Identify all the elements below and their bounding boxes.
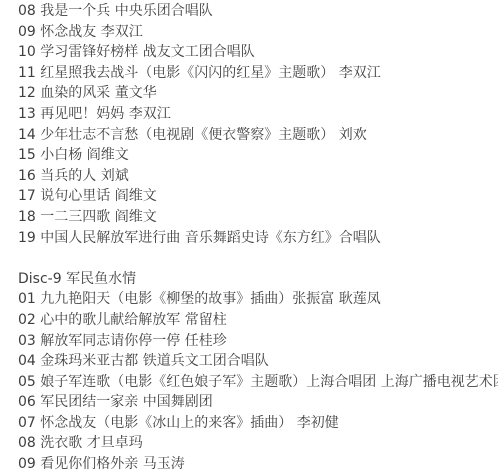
- track-line: 07 怀念战友（电影《冰山上的来客》插曲） 李初健: [18, 413, 498, 434]
- track-line: 18 一二三四歌 阎维文: [18, 207, 498, 228]
- track-line: 13 再见吧！妈妈 李双江: [18, 104, 498, 125]
- track-line: 01 九九艳阳天（电影《柳堡的故事》插曲）张振富 耿莲凤: [18, 289, 498, 310]
- track-line: 12 血染的风采 董文华: [18, 83, 498, 104]
- track-line: 14 少年壮志不言愁（电视剧《便衣警察》主题歌） 刘欢: [18, 125, 498, 146]
- track-line: 08 我是一个兵 中央乐团合唱队: [18, 1, 498, 22]
- blank-line: [18, 248, 498, 269]
- track-line: 09 看见你们格外亲 马玉涛: [18, 454, 498, 475]
- track-line: 02 心中的歌儿献给解放军 常留柱: [18, 310, 498, 331]
- track-line: 10 学习雷锋好榜样 战友文工团合唱队: [18, 42, 498, 63]
- track-line: 04 金珠玛米亚古都 铁道兵文工团合唱队: [18, 351, 498, 372]
- track-line: 11 红星照我去战斗（电影《闪闪的红星》主题歌） 李双江: [18, 63, 498, 84]
- disc9-header: Disc-9 军民鱼水情: [18, 269, 498, 290]
- track-line: 16 当兵的人 刘斌: [18, 166, 498, 187]
- track-line: 09 怀念战友 李双江: [18, 22, 498, 43]
- track-line: 19 中国人民解放军进行曲 音乐舞蹈史诗《东方红》合唱队: [18, 228, 498, 249]
- track-line: 17 说句心里话 阎维文: [18, 186, 498, 207]
- track-line: 08 洗衣歌 才旦卓玛: [18, 433, 498, 454]
- track-line: 15 小白杨 阎维文: [18, 145, 498, 166]
- track-line: 03 解放军同志请你停一停 任桂珍: [18, 331, 498, 352]
- track-line: 06 军民团结一家亲 中国舞剧团: [18, 392, 498, 413]
- track-line: 05 娘子军连歌（电影《红色娘子军》主题歌）上海合唱团 上海广播电视艺术团: [18, 372, 498, 393]
- album-track-listing: 08 我是一个兵 中央乐团合唱队 09 怀念战友 李双江 10 学习雷锋好榜样 …: [0, 0, 500, 475]
